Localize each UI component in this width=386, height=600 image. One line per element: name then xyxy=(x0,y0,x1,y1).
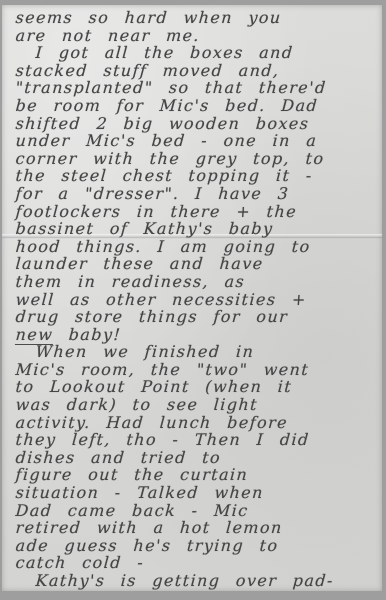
handwriting-line: was dark) to see light xyxy=(15,396,379,414)
handwriting-line: for a "dresser". I have 3 xyxy=(15,185,379,203)
handwriting-line: be room for Mic's bed. Dad xyxy=(15,97,379,115)
handwriting-line: under Mic's bed - one in a xyxy=(15,132,379,150)
handwriting-line: drug store things for our xyxy=(15,308,379,326)
handwriting-line: well as other necessities + xyxy=(15,291,379,309)
handwriting-line: Kathy's is getting over pad- xyxy=(15,572,379,590)
handwriting-line: retired with a hot lemon xyxy=(15,519,379,537)
handwriting-line: are not near me. xyxy=(15,27,379,45)
handwriting-line: new baby! xyxy=(15,326,379,344)
handwriting-line: "transplanted" so that there'd xyxy=(15,79,379,97)
handwriting-line: the steel chest topping it - xyxy=(15,167,379,185)
handwriting-line: I got all the boxes and xyxy=(15,44,379,62)
handwriting-line: corner with the grey top, to xyxy=(15,150,379,168)
handwriting-line: bassinet of Kathy's baby xyxy=(15,220,379,238)
handwriting-line: Dad came back - Mic xyxy=(15,502,379,520)
letter-page: seems so hard when youare not near me.I … xyxy=(2,5,382,591)
handwriting-line: stacked stuff moved and, xyxy=(15,62,379,80)
handwriting-line: shifted 2 big wooden boxes xyxy=(15,115,379,133)
handwriting-line: catch cold - xyxy=(15,554,379,572)
handwriting-line: ade guess he's trying to xyxy=(15,537,379,555)
handwriting-line: launder these and have xyxy=(15,255,379,273)
handwriting-line: hood things. I am going to xyxy=(15,238,379,256)
handwriting-line: When we finished in xyxy=(15,343,379,361)
handwriting-line: activity. Had lunch before xyxy=(15,414,379,432)
handwriting-text: seems so hard when youare not near me.I … xyxy=(15,9,378,590)
handwriting-line: they left, tho - Then I did xyxy=(15,431,379,449)
handwriting-line: seems so hard when you xyxy=(15,9,379,27)
handwriting-line: them in readiness, as xyxy=(15,273,379,291)
handwriting-line: Mic's room, the "two" went xyxy=(15,361,379,379)
handwriting-line: to Lookout Point (when it xyxy=(15,378,379,396)
handwriting-line: situation - Talked when xyxy=(15,484,379,502)
handwriting-line: dishes and tried to xyxy=(15,449,379,467)
handwriting-line: figure out the curtain xyxy=(15,466,379,484)
handwriting-line: footlockers in there + the xyxy=(15,203,379,221)
